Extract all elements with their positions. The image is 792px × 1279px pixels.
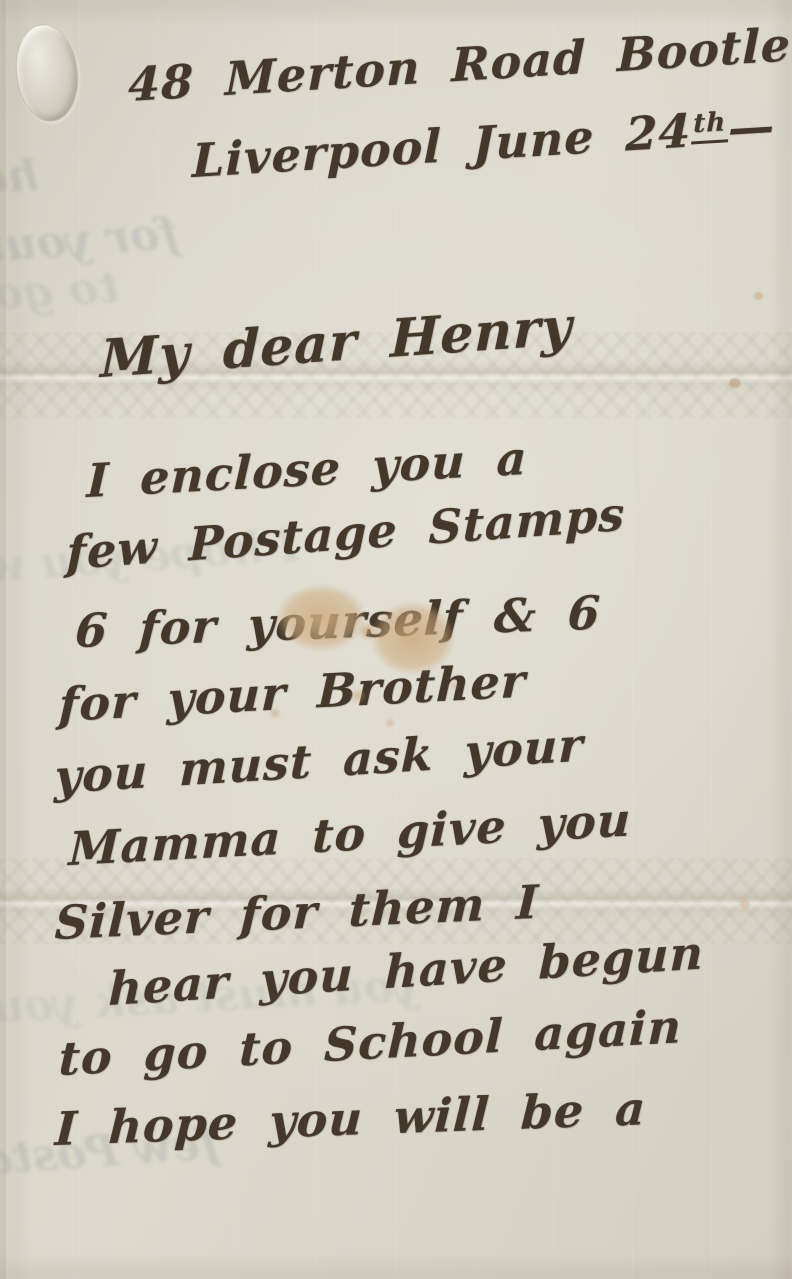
dateline-ordinal: th — [691, 107, 728, 144]
body-line-7: Silver for them I — [54, 879, 540, 946]
body-line-6: Mamma to give you — [68, 796, 632, 872]
foxing-speck — [740, 900, 750, 908]
dateline-dash: — — [728, 99, 770, 156]
salutation: My dear Henry — [100, 301, 573, 386]
body-line-1: I enclose you a — [86, 435, 528, 504]
address-line: 48 Merton Road Bootle — [128, 21, 791, 108]
body-line-4: for your Brother — [58, 657, 527, 728]
bleedthrough-text: hear you have begun — [0, 150, 40, 228]
body-line-9: to go to School again — [58, 1003, 683, 1082]
body-line-5: you must ask your — [54, 721, 584, 800]
bleedthrough-text: for your Brother — [0, 208, 180, 287]
dateline: Liverpool June 24th— — [192, 103, 770, 184]
body-line-10: I hope you will be a — [54, 1085, 647, 1152]
foxing-speck — [754, 292, 763, 300]
foxing-speck — [729, 378, 741, 388]
body-line-3: 6 for yourself & 6 — [74, 590, 602, 654]
dateline-city-date: Liverpool June 24 — [192, 103, 692, 188]
letter-page: hear you have begun for your Brother to … — [0, 0, 792, 1279]
embossed-seal — [10, 21, 83, 126]
